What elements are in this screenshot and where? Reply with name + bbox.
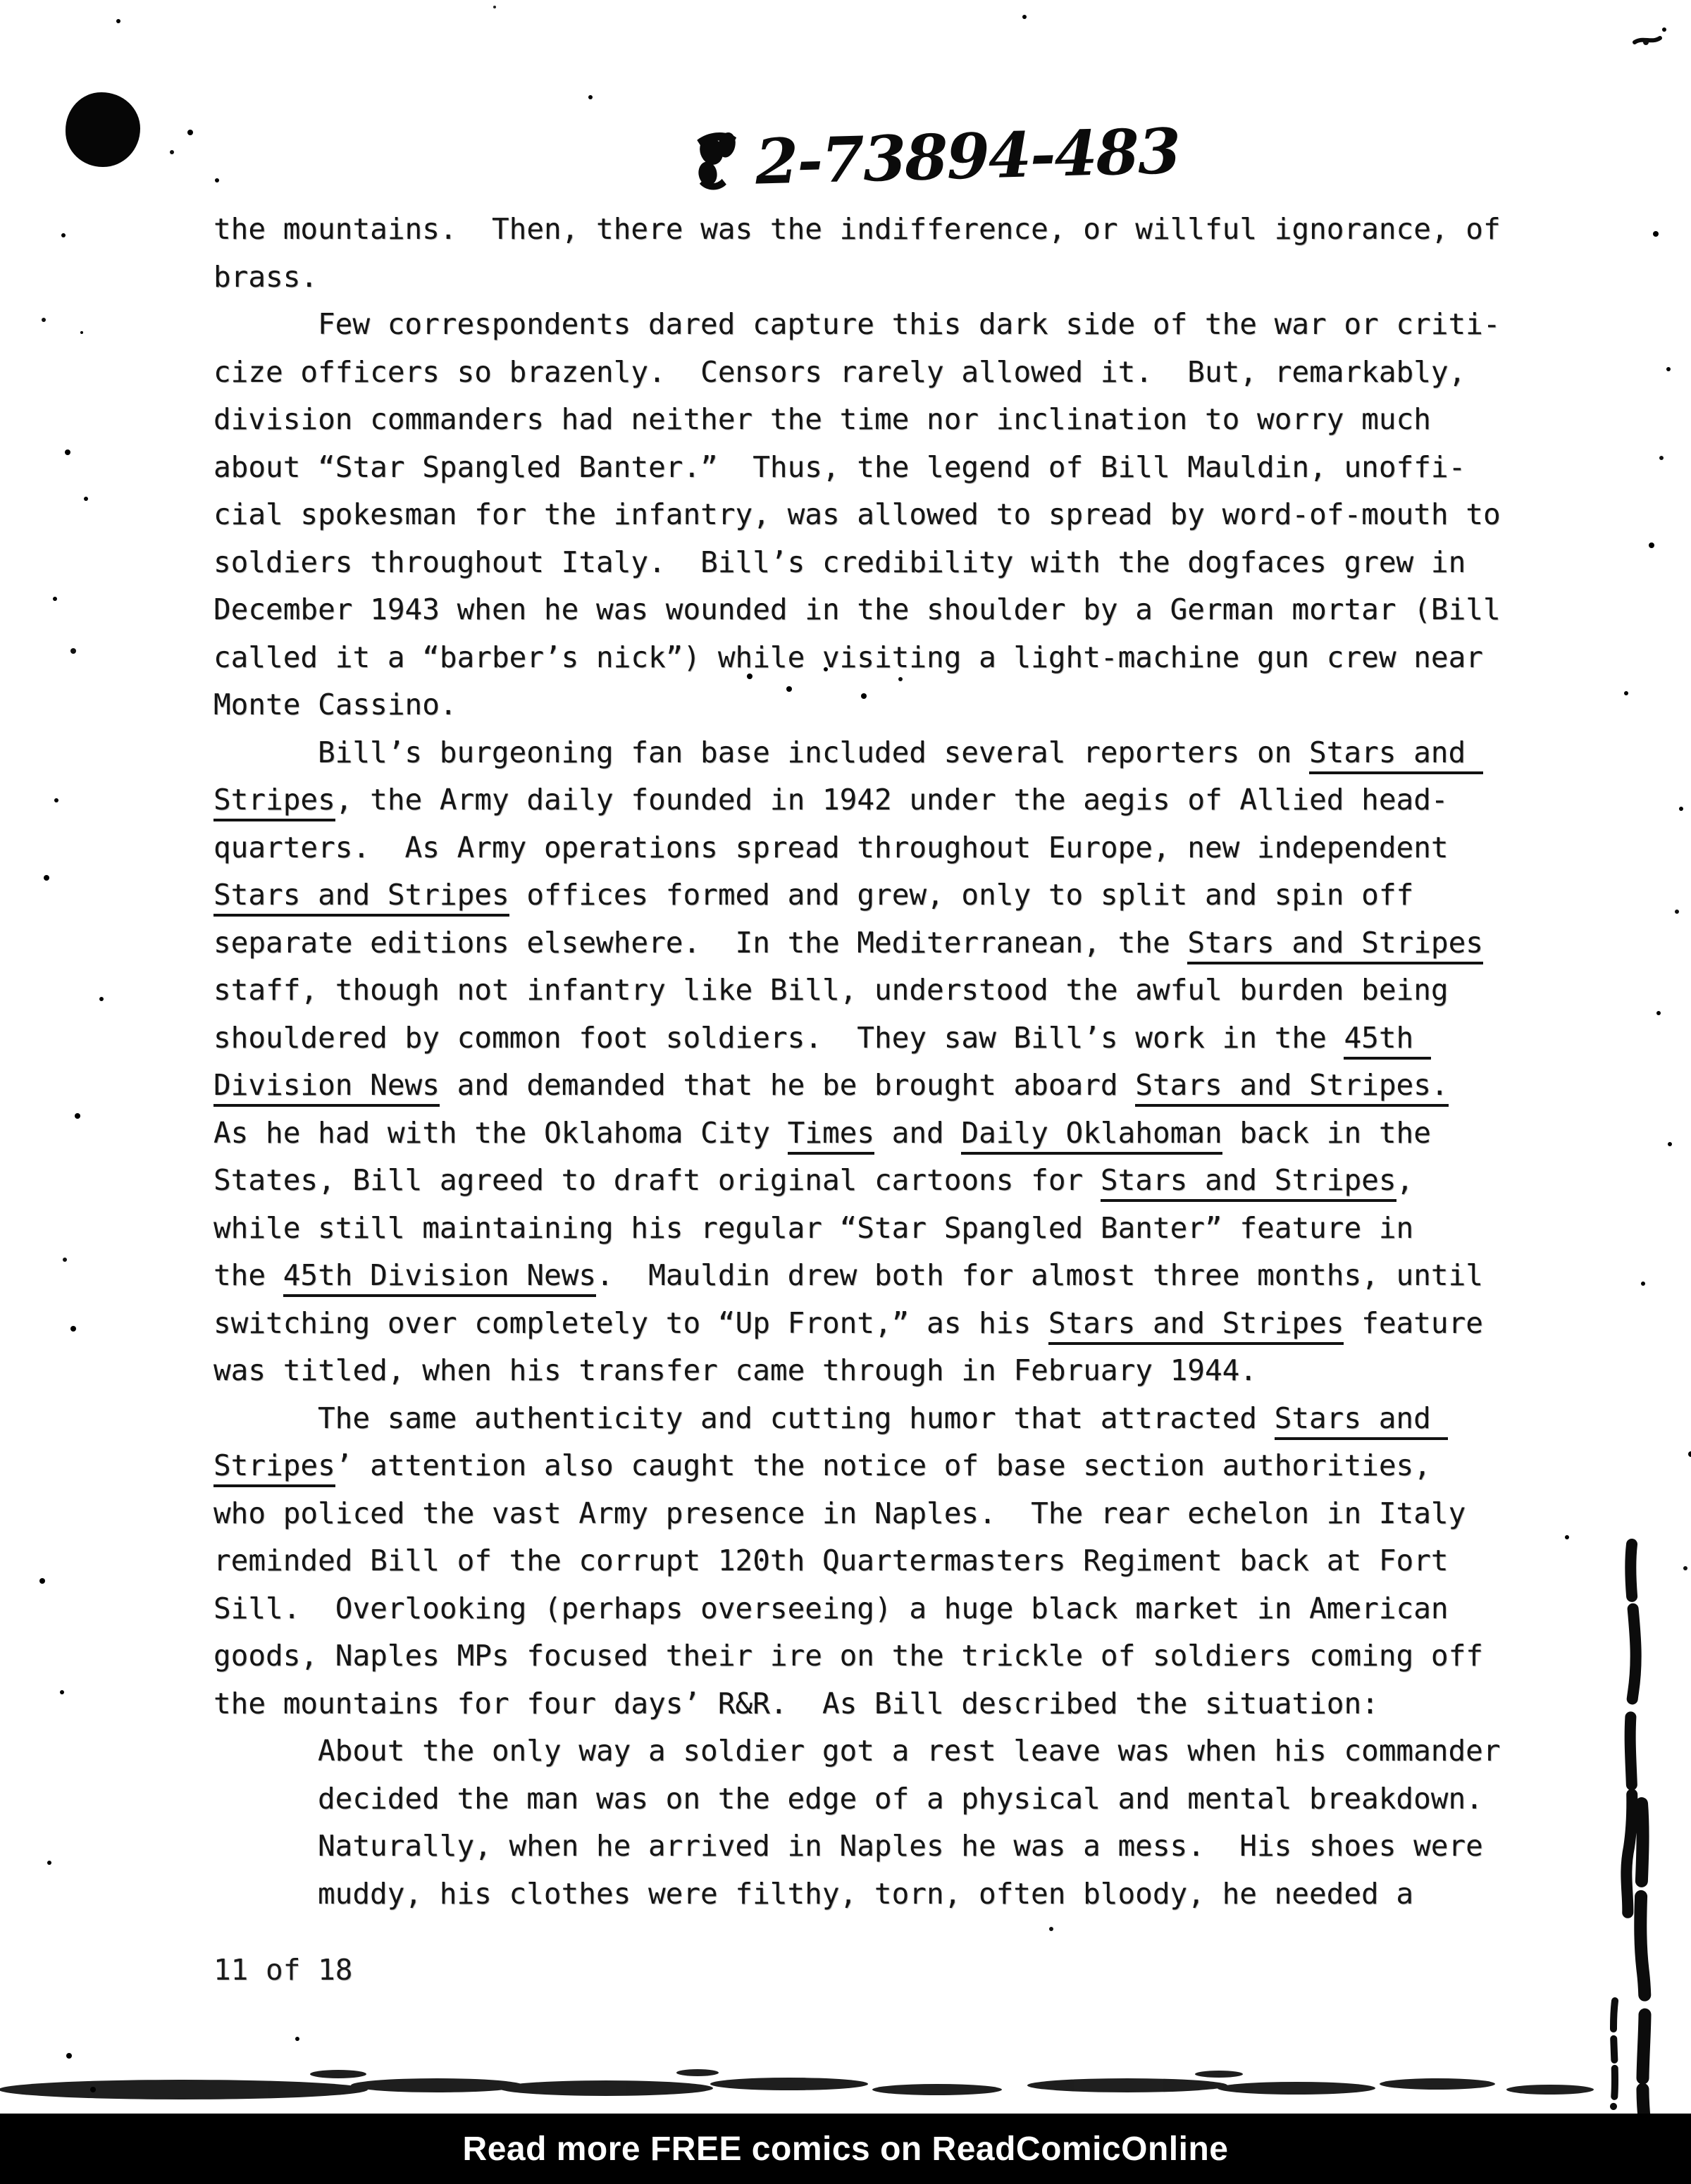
text-line: Division News and demanded that he be br…: [213, 1062, 1552, 1110]
page-indicator: 11 of 18: [213, 1953, 352, 1987]
underlined-text: Stars and: [1309, 736, 1483, 774]
text-line: Monte Cassino.: [213, 681, 1552, 729]
text-segment: , the Army daily founded in 1942 under t…: [335, 783, 1449, 817]
text-segment: feature: [1344, 1306, 1482, 1340]
text-segment: back in the: [1222, 1116, 1431, 1150]
text-segment: about “Star Spangled Banter.” Thus, the …: [213, 450, 1466, 484]
text-segment: switching over completely to “Up Front,”…: [213, 1306, 1048, 1340]
text-line: Stars and Stripes offices formed and gre…: [213, 871, 1552, 919]
underlined-text: Stars and Stripes: [1048, 1306, 1344, 1345]
text-segment: shouldered by common foot soldiers. They…: [213, 1021, 1344, 1055]
text-line: Bill’s burgeoning fan base included seve…: [318, 729, 1552, 777]
handwriting-scribble: [690, 123, 752, 202]
text-line: goods, Naples MPs focused their ire on t…: [213, 1632, 1552, 1680]
text-segment: . Mauldin drew both for almost three mon…: [596, 1258, 1483, 1292]
text-segment: called it a “barber’s nick”) while visit…: [213, 640, 1483, 674]
text-segment: As he had with the Oklahoma City: [213, 1116, 788, 1150]
underlined-text: Stars and Stripes: [213, 878, 509, 917]
text-line: shouldered by common foot soldiers. They…: [213, 1015, 1552, 1062]
text-segment: was titled, when his transfer came throu…: [213, 1353, 1257, 1387]
text-segment: Sill. Overlooking (perhaps overseeing) a…: [213, 1592, 1449, 1625]
text-line: cial spokesman for the infantry, was all…: [213, 491, 1552, 539]
text-line: separate editions elsewhere. In the Medi…: [213, 919, 1552, 967]
text-segment: separate editions elsewhere. In the Medi…: [213, 926, 1187, 960]
underlined-text: Daily Oklahoman: [961, 1116, 1222, 1155]
text-segment: division commanders had neither the time…: [213, 402, 1431, 436]
text-line: soldiers throughout Italy. Bill’s credib…: [213, 539, 1552, 587]
text-segment: and: [874, 1116, 961, 1150]
text-line: brass.: [213, 254, 1552, 302]
text-segment: Monte Cassino.: [213, 688, 457, 721]
text-segment: About the only way a soldier got a rest …: [318, 1734, 1501, 1768]
underlined-text: Times: [788, 1116, 874, 1155]
text-line: called it a “barber’s nick”) while visit…: [213, 634, 1552, 682]
handwritten-number: 2-73894-483: [690, 112, 1181, 202]
text-segment: the mountains for four days’ R&R. As Bil…: [213, 1687, 1379, 1720]
text-segment: staff, though not infantry like Bill, un…: [213, 973, 1449, 1007]
text-line: reminded Bill of the corrupt 120th Quart…: [213, 1537, 1552, 1585]
text-segment: the: [213, 1258, 283, 1292]
text-segment: offices formed and grew, only to split a…: [509, 878, 1414, 912]
text-line: About the only way a soldier got a rest …: [318, 1727, 1552, 1775]
text-segment: Naturally, when he arrived in Naples he …: [318, 1829, 1483, 1863]
text-segment: decided the man was on the edge of a phy…: [318, 1782, 1483, 1816]
text-line: Stripes’ attention also caught the notic…: [213, 1442, 1552, 1490]
text-segment: quarters. As Army operations spread thro…: [213, 831, 1449, 864]
text-line: The same authenticity and cutting humor …: [318, 1395, 1552, 1443]
text-segment: ,: [1396, 1163, 1414, 1197]
underlined-text: Division News: [213, 1068, 440, 1107]
typed-text: the mountains. Then, there was the indif…: [213, 206, 1552, 1918]
text-line: muddy, his clothes were filthy, torn, of…: [318, 1870, 1552, 1918]
text-line: Naturally, when he arrived in Naples he …: [318, 1823, 1552, 1870]
underlined-text: Stripes: [213, 1448, 335, 1487]
text-segment: The same authenticity and cutting humor …: [318, 1401, 1275, 1435]
handwritten-number-text: 2-73894-483: [755, 114, 1181, 199]
underlined-text: Stars and Stripes: [1187, 926, 1483, 964]
hole-punch-mark: [66, 92, 140, 167]
text-segment: soldiers throughout Italy. Bill’s credib…: [213, 545, 1466, 579]
underlined-text: 45th Division News: [283, 1258, 596, 1297]
text-line: switching over completely to “Up Front,”…: [213, 1300, 1552, 1348]
text-line: Sill. Overlooking (perhaps overseeing) a…: [213, 1585, 1552, 1633]
underlined-text: 45th: [1344, 1021, 1430, 1060]
scanned-document-page: { "page": { "handwritten_number": "2-738…: [0, 0, 1691, 2184]
text-line: December 1943 when he was wounded in the…: [213, 586, 1552, 634]
promo-banner[interactable]: Read more FREE comics on ReadComicOnline: [0, 2114, 1691, 2184]
text-line: the 45th Division News. Mauldin drew bot…: [213, 1252, 1552, 1300]
text-segment: reminded Bill of the corrupt 120th Quart…: [213, 1544, 1449, 1577]
text-line: States, Bill agreed to draft original ca…: [213, 1157, 1552, 1205]
text-line: staff, though not infantry like Bill, un…: [213, 967, 1552, 1015]
text-segment: Few correspondents dared capture this da…: [318, 307, 1501, 341]
promo-banner-text[interactable]: Read more FREE comics on ReadComicOnline: [463, 2130, 1229, 2169]
text-line: while still maintaining his regular “Sta…: [213, 1205, 1552, 1253]
text-segment: who policed the vast Army presence in Na…: [213, 1496, 1466, 1530]
text-line: cize officers so brazenly. Censors rarel…: [213, 349, 1552, 397]
text-segment: Bill’s burgeoning fan base included seve…: [318, 736, 1309, 769]
text-segment: cial spokesman for the infantry, was all…: [213, 497, 1501, 531]
text-segment: December 1943 when he was wounded in the…: [213, 592, 1501, 626]
text-line: Few correspondents dared capture this da…: [318, 301, 1552, 349]
text-line: division commanders had neither the time…: [213, 396, 1552, 444]
text-line: the mountains for four days’ R&R. As Bil…: [213, 1680, 1552, 1728]
text-segment: and demanded that he be brought aboard: [440, 1068, 1135, 1102]
text-segment: goods, Naples MPs focused their ire on t…: [213, 1639, 1483, 1673]
text-line: decided the man was on the edge of a phy…: [318, 1775, 1552, 1823]
text-line: quarters. As Army operations spread thro…: [213, 824, 1552, 872]
text-line: who policed the vast Army presence in Na…: [213, 1490, 1552, 1538]
text-line: the mountains. Then, there was the indif…: [213, 206, 1552, 254]
text-line: Stripes, the Army daily founded in 1942 …: [213, 776, 1552, 824]
text-segment: ’ attention also caught the notice of ba…: [335, 1448, 1431, 1482]
underlined-text: Stars and Stripes.: [1135, 1068, 1448, 1107]
text-segment: States, Bill agreed to draft original ca…: [213, 1163, 1101, 1197]
underlined-text: Stripes: [213, 783, 335, 821]
underlined-text: Stars and: [1275, 1401, 1449, 1440]
text-segment: the mountains. Then, there was the indif…: [213, 212, 1501, 246]
toner-specks: [0, 0, 3, 3]
underlined-text: Stars and Stripes: [1101, 1163, 1396, 1202]
text-segment: cize officers so brazenly. Censors rarel…: [213, 355, 1466, 389]
text-segment: while still maintaining his regular “Sta…: [213, 1211, 1413, 1245]
text-line: As he had with the Oklahoma City Times a…: [213, 1110, 1552, 1158]
text-segment: brass.: [213, 260, 318, 294]
text-line: about “Star Spangled Banter.” Thus, the …: [213, 444, 1552, 492]
text-segment: muddy, his clothes were filthy, torn, of…: [318, 1877, 1413, 1911]
text-line: was titled, when his transfer came throu…: [213, 1347, 1552, 1395]
